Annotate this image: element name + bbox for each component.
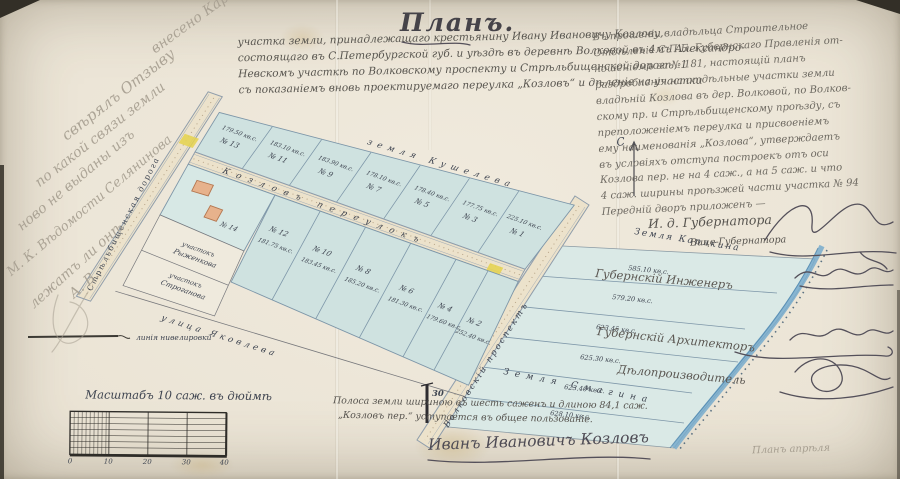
svg-text:10: 10 — [104, 458, 114, 466]
svg-text:20: 20 — [142, 458, 153, 466]
svg-text:0: 0 — [68, 457, 73, 465]
kozlov-signature-flourish — [428, 457, 650, 462]
clerk-signature — [780, 359, 893, 399]
scale-hatch — [74, 411, 106, 454]
scale-title: Масштабъ 10 саж. въ дюймѣ — [84, 387, 272, 403]
svg-text:30: 30 — [182, 458, 192, 466]
pencil-scribble — [52, 292, 88, 352]
scanned-plan-sheet: 15¼° 15¼° 64¼° 64¼° 45¼° 50¼° 585.10 кв.… — [0, 0, 900, 479]
legend-label: линія нивелировки — [136, 333, 212, 342]
scale-ticks: 0 10 20 30 40 — [68, 457, 230, 466]
scale-bar: Масштабъ 10 саж. въ дюймѣ 0 10 20 30 40 — [68, 387, 272, 467]
resolution-note: Въ прошеніи владѣльца Строительное Отдѣл… — [592, 14, 900, 221]
svg-text:40: 40 — [219, 459, 230, 467]
